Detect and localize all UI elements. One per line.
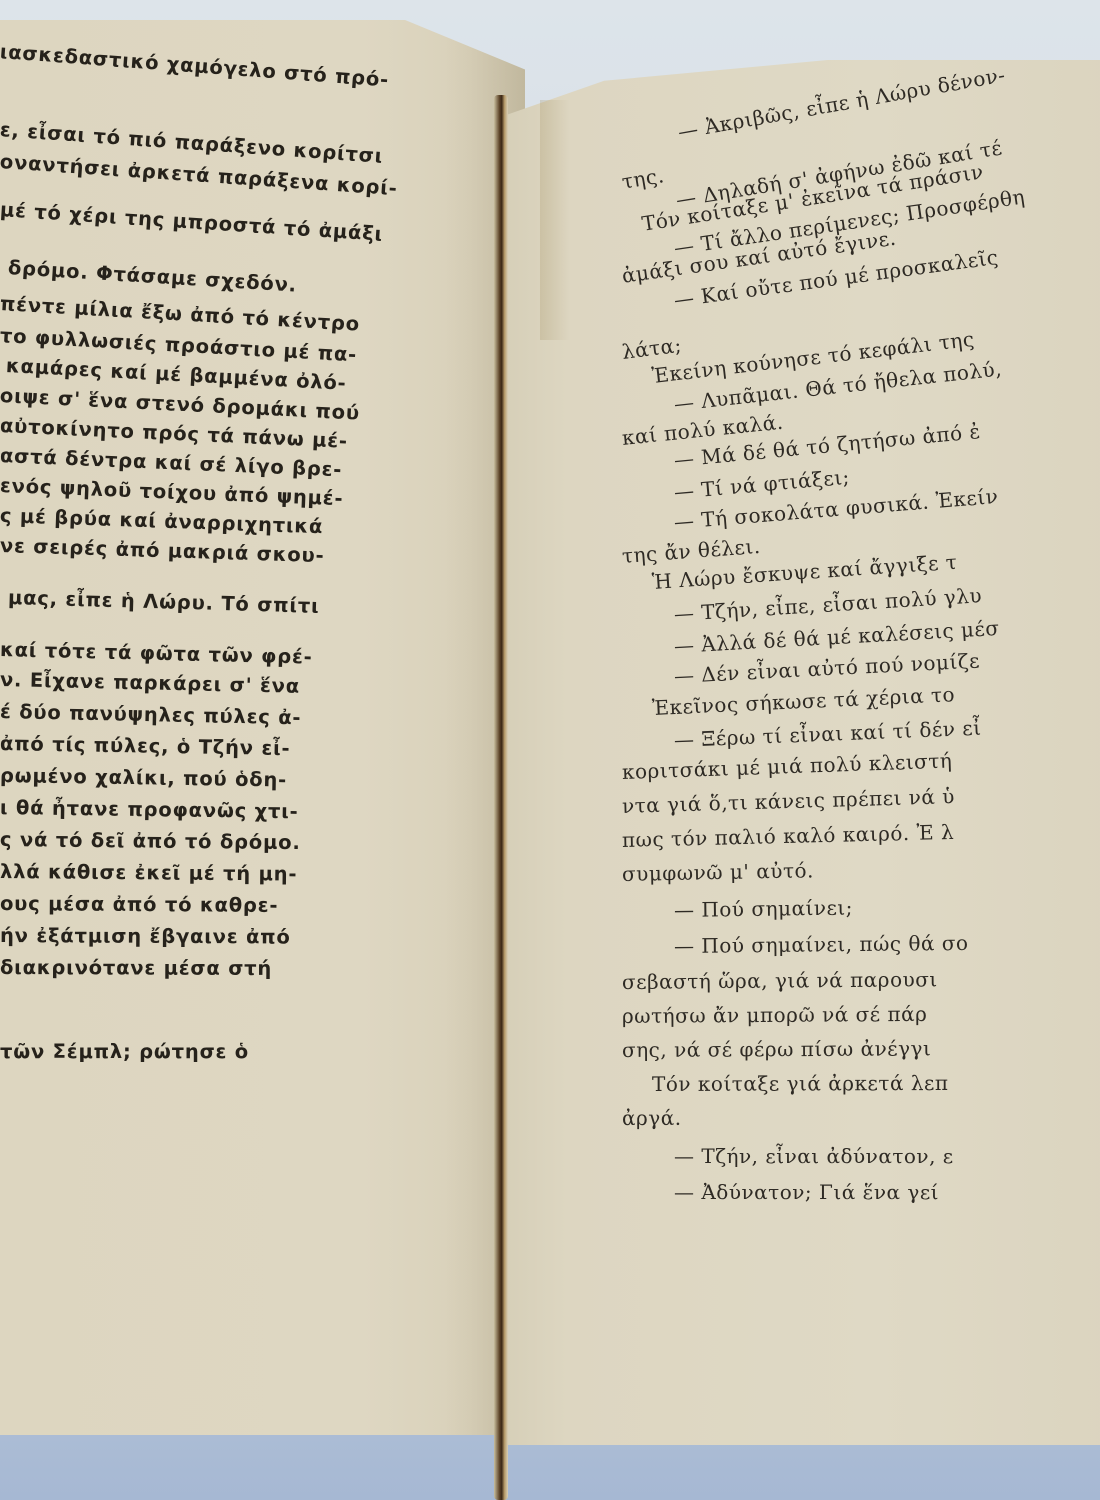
text-line: λλά κάθισε ἐκεῖ μέ τή μη-	[0, 860, 297, 886]
text-line: συμφωνῶ μ' αὐτό.	[622, 858, 814, 886]
text-line: σης, νά σέ φέρω πίσω ἀνέγγι	[622, 1036, 931, 1062]
text-line: διακρινότανε μέσα στή	[0, 956, 272, 980]
text-line: σεβαστή ὥρα, γιά νά παρουσι	[622, 967, 938, 994]
book-spine-gutter	[494, 95, 508, 1500]
text-line: τῶν Σέμπλ; ρώτησε ὁ	[0, 1040, 249, 1063]
gutter-shadow	[540, 100, 570, 340]
text-line: ήν ἐξάτμιση ἔβγαινε ἀπό	[0, 924, 291, 949]
text-line: ρωτήσω ἄν μπορῶ νά σέ πάρ	[622, 1002, 928, 1028]
right-page	[505, 60, 1100, 1445]
text-line: ς νά τό δεῖ ἀπό τό δρόμο.	[0, 828, 301, 854]
text-line: — Τζήν, εἶναι ἀδύνατον, ε	[674, 1144, 954, 1168]
text-line: ἀργά.	[622, 1106, 682, 1130]
text-line: — Ἀδύνατον; Γιά ἕνα γεί	[674, 1180, 939, 1204]
text-line: — Πού σημαίνει;	[674, 896, 853, 922]
text-line: ρωμένο χαλίκι, πού ὁδη-	[0, 764, 287, 792]
text-line: ους μέσα ἀπό τό καθρε-	[0, 892, 278, 917]
text-line: ι θά ἦτανε προφανῶς χτι-	[0, 796, 299, 823]
text-line: — Πού σημαίνει, πώς θά σο	[674, 931, 969, 958]
text-line: Τόν κοίταξε γιά ἀρκετά λεπ	[652, 1071, 949, 1096]
